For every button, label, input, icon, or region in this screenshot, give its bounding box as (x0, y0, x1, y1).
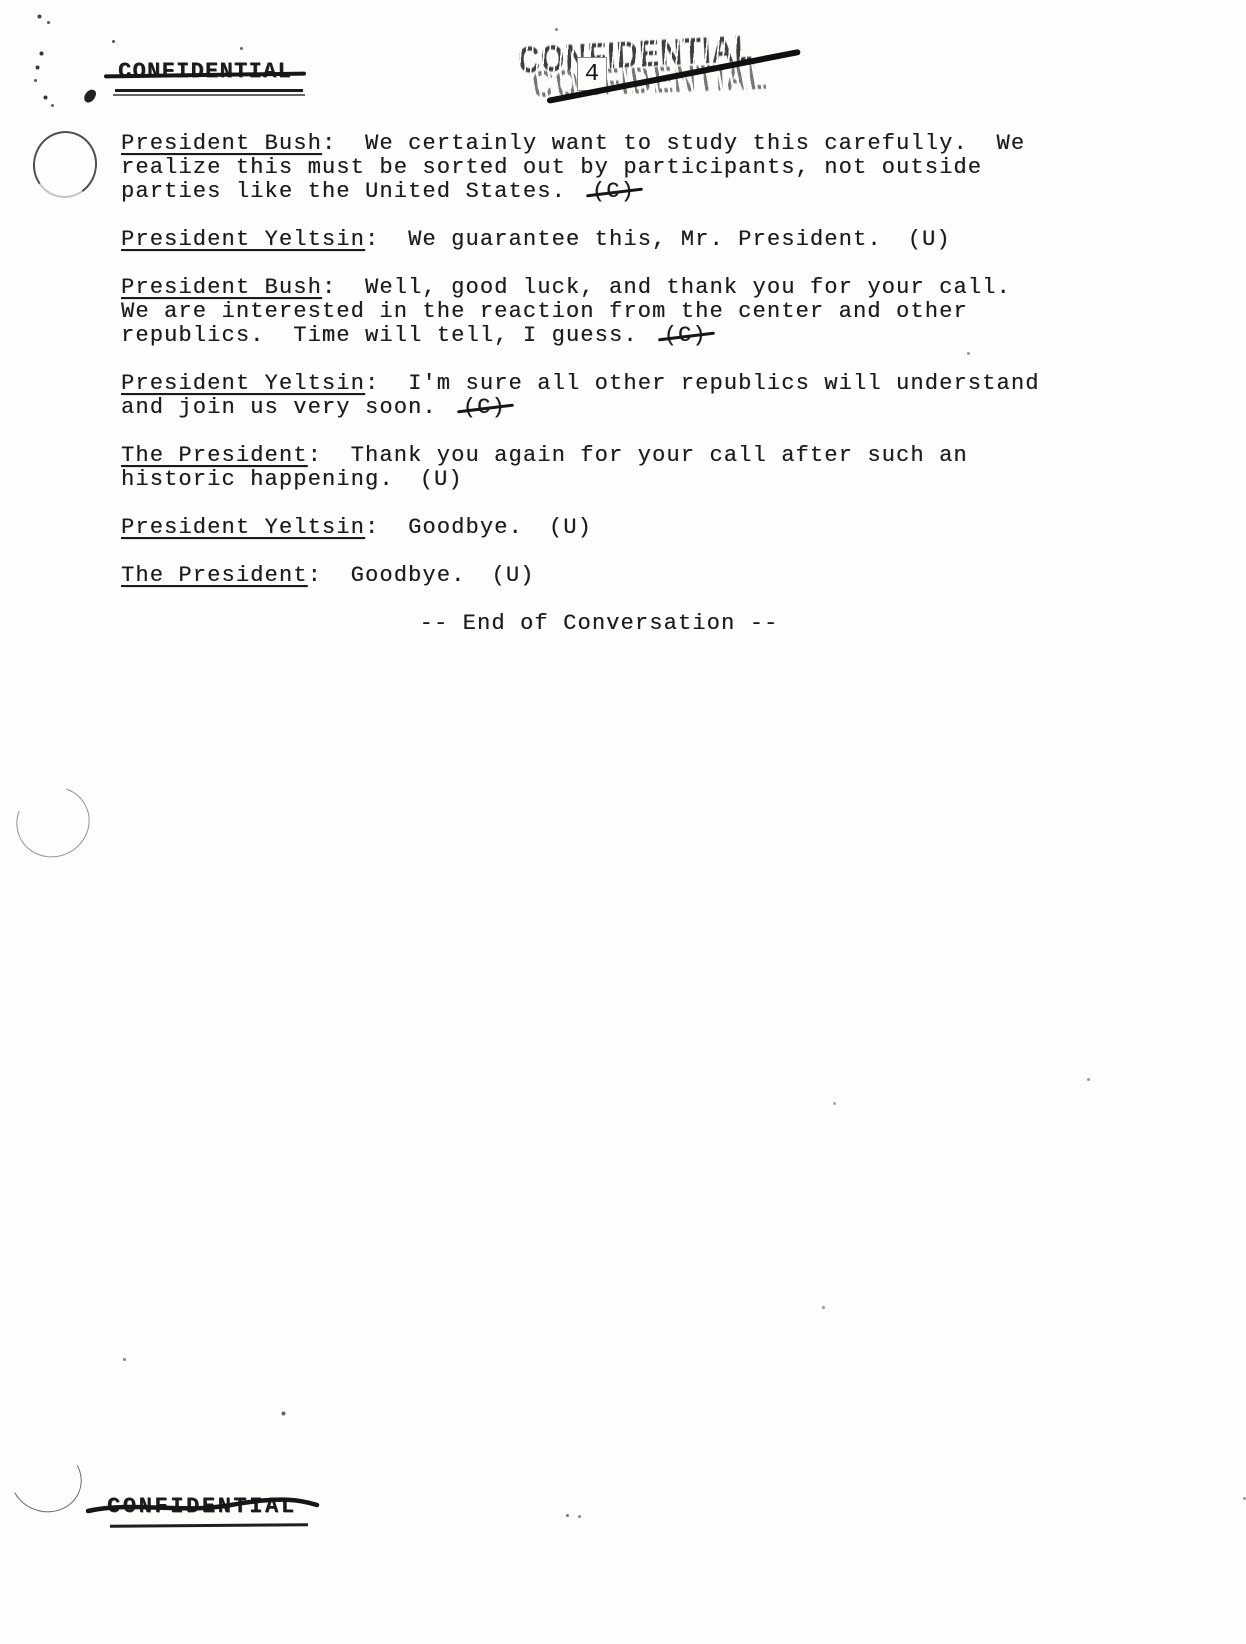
ink-mark (82, 87, 97, 104)
dialogue-paragraph: President Bush: Well, good luck, and tha… (121, 276, 1077, 348)
speaker-name: President Yeltsin (121, 227, 365, 252)
dialogue-paragraph: President Bush: We certainly want to stu… (121, 132, 1077, 204)
speaker-colon: : (365, 227, 408, 252)
hole-punch-mark-middle (5, 775, 102, 870)
dialogue-text: Goodbye. (351, 563, 466, 588)
speaker-name: President Bush (121, 275, 322, 300)
document-page: CONFIDENTIAL CONFIDENTIAL CONFIDENTIAL 4… (0, 0, 1246, 1644)
classification-marker: (C) (463, 396, 506, 420)
scan-speckles (0, 0, 3, 3)
speaker-name: The President (121, 443, 308, 468)
dialogue-paragraph: The President: Thank you again for your … (121, 444, 1077, 492)
speaker-colon: : (308, 443, 351, 468)
transcript-body: President Bush: We certainly want to stu… (121, 132, 1077, 636)
dialogue-text: Goodbye. (408, 515, 523, 540)
speaker-colon: : (322, 131, 365, 156)
speaker-name: President Yeltsin (121, 515, 365, 540)
classification-marker: (U) (549, 516, 592, 540)
dialogue-paragraph: President Yeltsin: I'm sure all other re… (121, 372, 1077, 420)
header-classification-underline-2 (113, 94, 305, 96)
dialogue-text: We guarantee this, Mr. President. (408, 227, 882, 252)
confidential-stamp: CONFIDENTIAL CONFIDENTIAL 4 (515, 36, 825, 122)
page-number: 4 (577, 57, 607, 91)
classification-marker: (U) (491, 564, 534, 588)
header-classification-underline (115, 89, 303, 92)
end-of-conversation-marker: -- End of Conversation -- (121, 612, 1077, 636)
speaker-colon: : (365, 515, 408, 540)
speaker-name: President Bush (121, 131, 322, 156)
classification-marker: (C) (592, 180, 635, 204)
dialogue-paragraph: President Yeltsin: We guarantee this, Mr… (121, 228, 1077, 252)
speaker-name: President Yeltsin (121, 371, 365, 396)
speaker-colon: : (365, 371, 408, 396)
dialogue-paragraph: President Yeltsin: Goodbye.(U) (121, 516, 1077, 540)
classification-marker: (C) (664, 324, 707, 348)
hole-punch-mark-bottom (2, 1436, 91, 1521)
speaker-name: The President (121, 563, 308, 588)
footer-classification-strikethrough (86, 1496, 320, 1525)
footer-classification-underline (110, 1523, 308, 1527)
dialogue-paragraph: The President: Goodbye.(U) (121, 564, 1077, 588)
speaker-colon: : (322, 275, 365, 300)
classification-marker: (U) (420, 468, 463, 492)
speaker-colon: : (308, 563, 351, 588)
hole-punch-mark-top (28, 126, 103, 203)
classification-marker: (U) (908, 228, 951, 252)
